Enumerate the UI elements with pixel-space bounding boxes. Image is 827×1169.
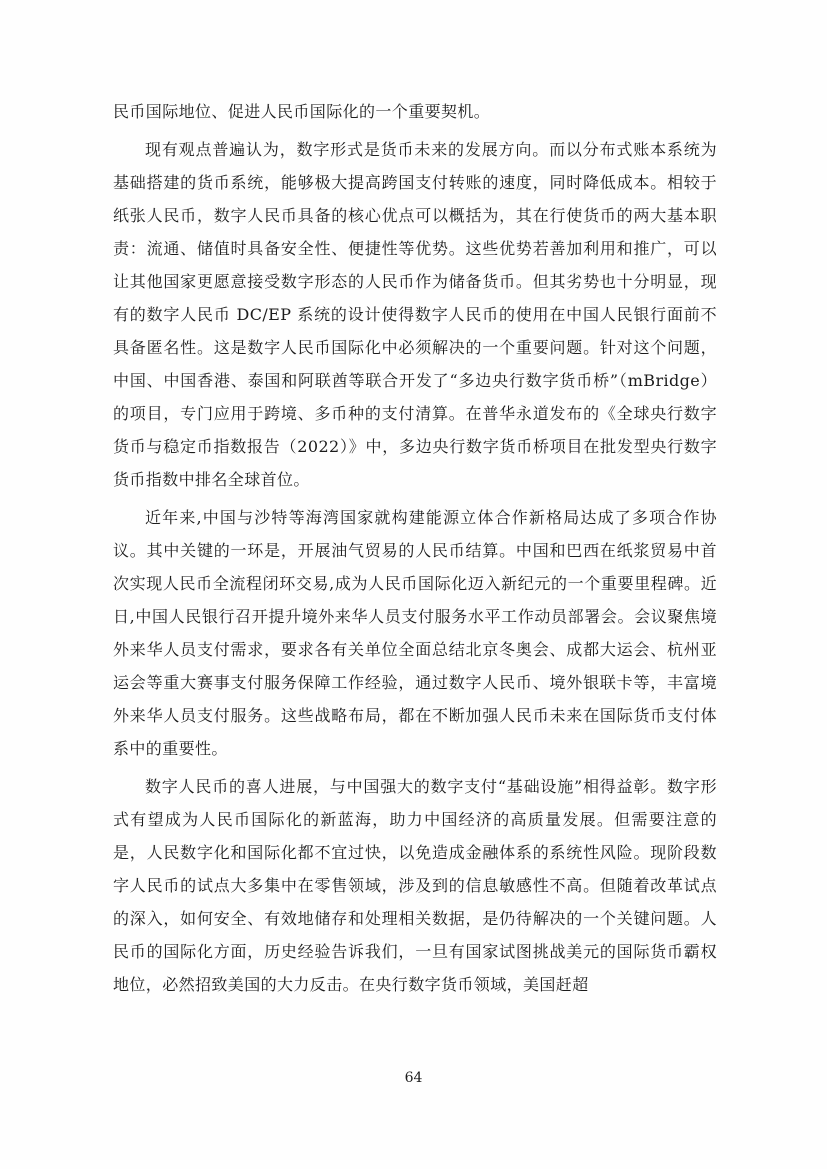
paragraph-continuation: 民币国际地位、促进人民币国际化的一个重要契机。: [113, 95, 717, 128]
body-text: 民币国际地位、促进人民币国际化的一个重要契机。 现有观点普遍认为，数字形式是货币…: [113, 95, 717, 1006]
document-page: 民币国际地位、促进人民币国际化的一个重要契机。 现有观点普遍认为，数字形式是货币…: [0, 0, 827, 1169]
paragraph-digital-rmb-progress: 数字人民币的喜人进展，与中国强大的数字支付“基础设施”相得益彰。数字形式有望成为…: [113, 770, 717, 1001]
paragraph-digital-currency-overview: 现有观点普遍认为，数字形式是货币未来的发展方向。而以分布式账本系统为基础搭建的货…: [113, 133, 717, 496]
page-number: 64: [0, 1068, 827, 1088]
paragraph-energy-cooperation: 近年来,中国与沙特等海湾国家就构建能源立体合作新格局达成了多项合作协议。其中关键…: [113, 501, 717, 765]
